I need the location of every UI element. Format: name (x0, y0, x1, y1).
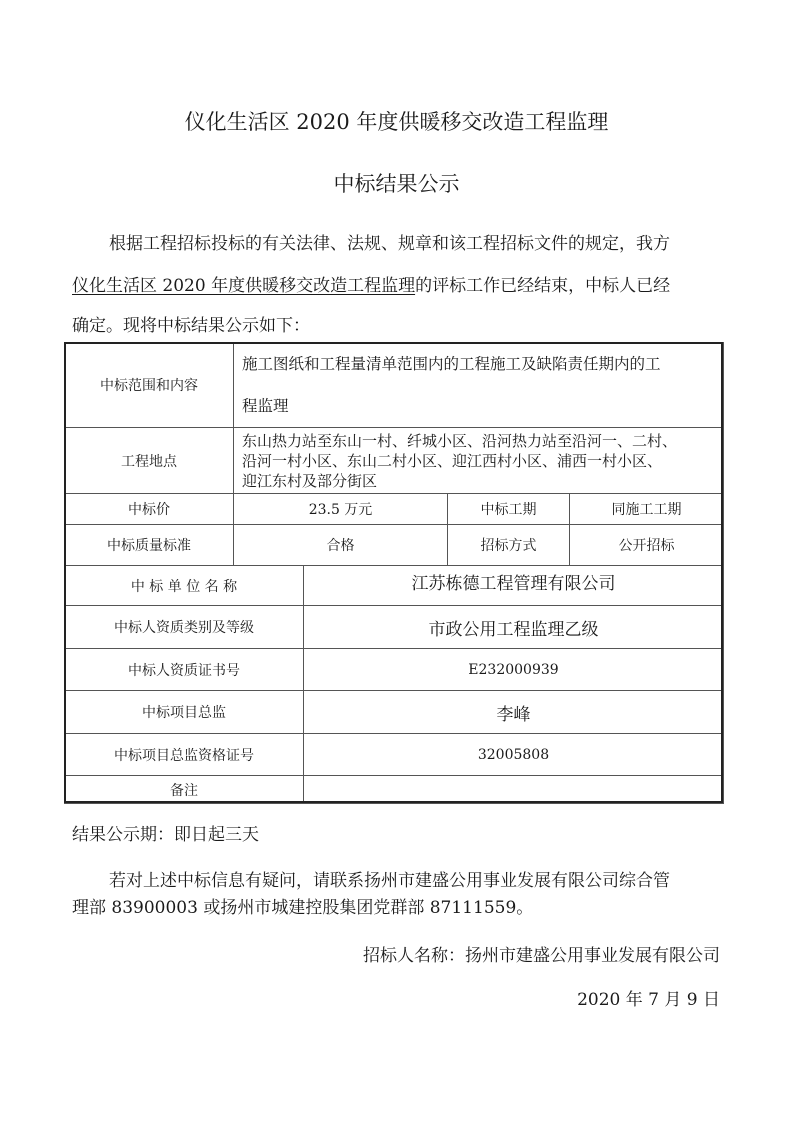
row-quality: 中标质量标准 合格 招标方式 公开招标 (65, 525, 724, 566)
method-value: 公开招标 (570, 525, 724, 566)
qualification-label: 中标人资质类别及等级 (65, 606, 304, 649)
row-certificate: 中标人资质证书号 E232000939 (65, 649, 724, 691)
certificate-label: 中标人资质证书号 (65, 649, 304, 691)
director-cert-value: 32005808 (304, 734, 724, 776)
document-title: 仪化生活区 2020 年度供暖移交改造工程监理 (0, 106, 793, 136)
scope-value: 施工图纸和工程量清单范围内的工程施工及缺陷责任期内的工 程监理 (234, 343, 724, 428)
scope-label: 中标范围和内容 (65, 343, 234, 428)
director-label: 中标项目总监 (65, 691, 304, 734)
row-scope: 中标范围和内容 施工图纸和工程量清单范围内的工程施工及缺陷责任期内的工 程监理 (65, 343, 724, 428)
remarks-label: 备注 (65, 776, 304, 804)
result-table-lower: 中 标 单 位 名 称 江苏栋德工程管理有限公司 中标人资质类别及等级 市政公用… (64, 565, 724, 804)
contact-line-1: 若对上述中标信息有疑问，请联系扬州市建盛公用事业发展有限公司综合管 (109, 866, 670, 891)
quality-label: 中标质量标准 (65, 525, 234, 566)
publicity-period: 结果公示期：即日起三天 (72, 820, 259, 845)
winner-value: 江苏栋德工程管理有限公司 (304, 566, 724, 606)
row-remarks: 备注 (65, 776, 724, 804)
director-cert-label: 中标项目总监资格证号 (65, 734, 304, 776)
row-price: 中标价 23.5 万元 中标工期 同施工工期 (65, 494, 724, 525)
certificate-value: E232000939 (304, 649, 724, 691)
contact-line-2: 理部 83900003 或扬州市城建控股集团党群部 87111559。 (72, 893, 533, 918)
method-label: 招标方式 (448, 525, 570, 566)
row-director: 中标项目总监 李峰 (65, 691, 724, 734)
qualification-value: 市政公用工程监理乙级 (304, 606, 724, 649)
intro-line-3: 确定。现将中标结果公示如下： (72, 311, 310, 336)
director-value: 李峰 (304, 691, 724, 734)
scope-value-line2: 程监理 (242, 385, 723, 427)
location-value: 东山热力站至东山一村、纤城小区、沿河热力站至沿河一、二村、 沿河一村小区、东山二… (234, 428, 724, 494)
quality-value: 合格 (234, 525, 448, 566)
intro-line-2: 仪化生活区 2020 年度供暖移交改造工程监理的评标工作已经结束，中标人已经 (72, 271, 670, 296)
intro-line-1: 根据工程招标投标的有关法律、法规、规章和该工程招标文件的规定，我方 (109, 229, 670, 254)
price-value: 23.5 万元 (234, 494, 448, 525)
row-location: 工程地点 东山热力站至东山一村、纤城小区、沿河热力站至沿河一、二村、 沿河一村小… (65, 428, 724, 494)
location-line: 东山热力站至东山一村、纤城小区、沿河热力站至沿河一、二村、 (242, 431, 723, 451)
document-subtitle: 中标结果公示 (0, 168, 793, 198)
period-label: 中标工期 (448, 494, 570, 525)
project-name: 仪化生活区 2020 年度供暖移交改造工程监理 (72, 276, 415, 296)
location-line: 迎江东村及部分街区 (242, 471, 723, 491)
location-label: 工程地点 (65, 428, 234, 494)
scope-value-line1: 施工图纸和工程量清单范围内的工程施工及缺陷责任期内的工 (242, 343, 723, 385)
price-label: 中标价 (65, 494, 234, 525)
tenderer-name: 招标人名称：扬州市建盛公用事业发展有限公司 (363, 941, 720, 966)
winner-label: 中 标 单 位 名 称 (65, 566, 304, 606)
row-qualification: 中标人资质类别及等级 市政公用工程监理乙级 (65, 606, 724, 649)
row-winner: 中 标 单 位 名 称 江苏栋德工程管理有限公司 (65, 566, 724, 606)
result-table-upper: 中标范围和内容 施工图纸和工程量清单范围内的工程施工及缺陷责任期内的工 程监理 … (64, 342, 724, 566)
remarks-value (304, 776, 724, 804)
intro-line-2-rest: 的评标工作已经结束，中标人已经 (415, 276, 670, 296)
period-value: 同施工工期 (570, 494, 724, 525)
row-director-cert: 中标项目总监资格证号 32005808 (65, 734, 724, 776)
document-date: 2020 年 7 月 9 日 (577, 985, 720, 1010)
location-line: 沿河一村小区、东山二村小区、迎江西村小区、浦西一村小区、 (242, 451, 723, 471)
